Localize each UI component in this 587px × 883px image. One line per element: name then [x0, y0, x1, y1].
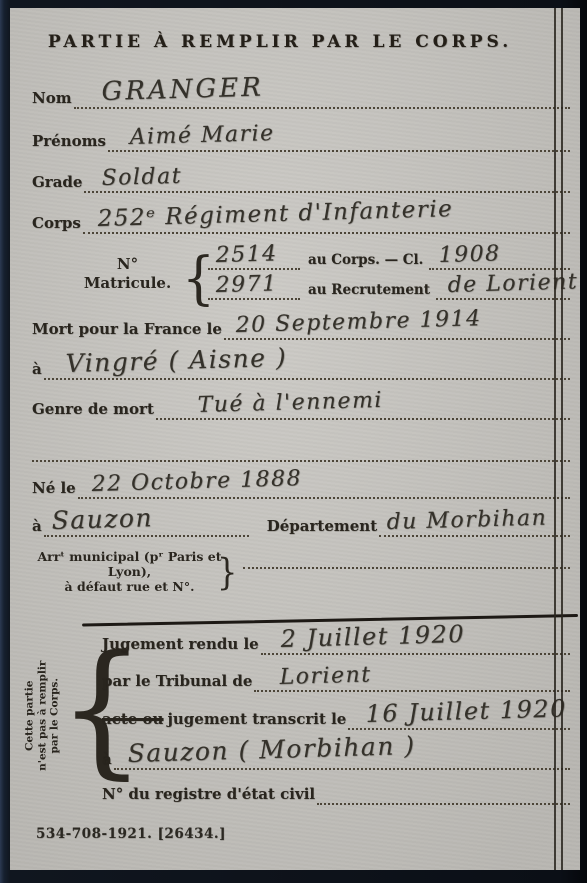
sidenote-line1: Cette partie: [23, 631, 36, 801]
jugement-lieu-line: Sauzon ( Morbihan ): [114, 730, 570, 770]
jugement-lieu-value: Sauzon ( Morbihan ): [127, 731, 416, 768]
mort-lieu-line: Vingré ( Aisne ): [44, 340, 570, 380]
field-ne-le: Né le 22 Octobre 1888: [32, 459, 570, 499]
mort-value: 20 Septembre 1914: [235, 306, 482, 338]
prenoms-line: Aimé Marie: [108, 112, 570, 152]
jugement-rendu-line: 2 Juillet 1920: [261, 615, 570, 655]
matricule-recrutement-line: 2971: [208, 260, 300, 300]
field-corps: Corps 252ᵉ Régiment d'Infanterie: [32, 194, 570, 234]
field-mort-date: Mort pour la France le 20 Septembre 1914: [32, 300, 570, 340]
matricule-recrutement-number: 2971: [215, 271, 278, 298]
field-mort-lieu: à Vingré ( Aisne ): [32, 340, 570, 380]
jugement-transcrit-value: 16 Juillet 1920: [366, 694, 568, 728]
empty-line: [32, 422, 570, 462]
arr-municipal-label: Arrᵗ municipal (pʳ Paris et Lyon), à déf…: [32, 549, 227, 594]
ne-le-value: 22 Octobre 1888: [91, 466, 302, 497]
matricule-label-line2: Matricule.: [75, 274, 180, 293]
grade-value: Soldat: [102, 164, 183, 191]
jugement-transcrit-line: 16 Juillet 1920: [348, 690, 570, 730]
ne-lieu-label: à: [32, 517, 44, 537]
right-margin-double-rule: [554, 8, 563, 870]
field-genre-mort: Genre de mort Tué à l'ennemi: [32, 380, 570, 420]
grade-label: Grade: [32, 173, 84, 193]
genre-mort-value: Tué à l'ennemi: [197, 388, 383, 418]
jugement-transcrit-struck-label: acte ou: [102, 710, 167, 730]
mort-label: Mort pour la France le: [32, 320, 224, 340]
matricule-recrutement-suffix: au Recrutement: [300, 282, 436, 300]
mort-lieu-label: à: [32, 360, 44, 380]
corps-line: 252ᵉ Régiment d'Infanterie: [83, 194, 570, 234]
field-matricule-recrutement: 2971 au Recrutement de Lorient: [208, 260, 570, 300]
registre-line: [317, 765, 570, 805]
jugement-tribunal-label: par le Tribunal de: [102, 672, 254, 692]
jugement-tribunal-line: Lorient: [254, 652, 570, 692]
matricule-label: N° Matricule.: [75, 255, 180, 293]
card-title: PARTIE À REMPLIR PAR LE CORPS.: [10, 32, 550, 52]
field-registre: N° du registre d'état civil: [102, 765, 570, 805]
genre-mort-label: Genre de mort: [32, 400, 156, 420]
field-grade: Grade Soldat: [32, 153, 570, 193]
field-jugement-transcrit: acte ou jugement transcrit le 16 Juillet…: [102, 690, 570, 730]
jugement-transcrit-label: jugement transcrit le: [167, 710, 348, 730]
card-paper: PARTIE À REMPLIR PAR LE CORPS. Nom GRANG…: [10, 8, 580, 870]
corps-value: 252ᵉ Régiment d'Infanterie: [97, 196, 453, 232]
field-prenoms: Prénoms Aimé Marie: [32, 112, 570, 152]
arr-municipal-brace: }: [217, 548, 237, 596]
matricule-label-line1: N°: [75, 255, 180, 274]
arr-municipal-line: [243, 529, 570, 569]
field-jugement-rendu: Jugement rendu le 2 Juillet 1920: [102, 615, 570, 655]
nom-line: GRANGER: [74, 69, 570, 109]
ne-lieu-value: Sauzon: [51, 503, 153, 535]
matricule-recrutement-place-line: de Lorient: [436, 260, 570, 300]
ne-lieu-line: Sauzon: [44, 497, 249, 537]
jugement-sidenote: Cette partie n'est pas à remplir par le …: [23, 631, 61, 801]
prenoms-label: Prénoms: [32, 132, 108, 152]
sidenote-line2: n'est pas à remplir: [36, 631, 49, 801]
field-nom: Nom GRANGER: [32, 69, 570, 109]
nom-value: GRANGER: [101, 72, 264, 107]
nom-label: Nom: [32, 89, 74, 109]
jugement-rendu-value: 2 Juillet 1920: [280, 620, 465, 653]
empty-dotted-line: [32, 422, 570, 462]
grade-line: Soldat: [84, 153, 570, 193]
mort-line: 20 Septembre 1914: [224, 300, 570, 340]
ne-le-label: Né le: [32, 479, 78, 499]
ne-le-line: 22 Octobre 1888: [78, 459, 570, 499]
field-jugement-tribunal: par le Tribunal de Lorient: [102, 652, 570, 692]
field-jugement-lieu: à Sauzon ( Morbihan ): [102, 730, 570, 770]
scanned-death-record-card: PARTIE À REMPLIR PAR LE CORPS. Nom GRANG…: [0, 0, 587, 883]
genre-mort-line: Tué à l'ennemi: [156, 380, 570, 420]
arr-municipal-label-line1: Arrᵗ municipal (pʳ Paris et Lyon),: [32, 549, 227, 579]
mort-lieu-value: Vingré ( Aisne ): [65, 343, 287, 378]
arr-municipal-label-line2: à défaut rue et N°.: [32, 579, 227, 594]
printer-imprint: 534-708-1921. [26434.]: [36, 826, 226, 842]
jugement-tribunal-value: Lorient: [280, 662, 373, 690]
prenoms-value: Aimé Marie: [129, 121, 275, 150]
registre-label: N° du registre d'état civil: [102, 785, 317, 805]
corps-label: Corps: [32, 214, 83, 234]
